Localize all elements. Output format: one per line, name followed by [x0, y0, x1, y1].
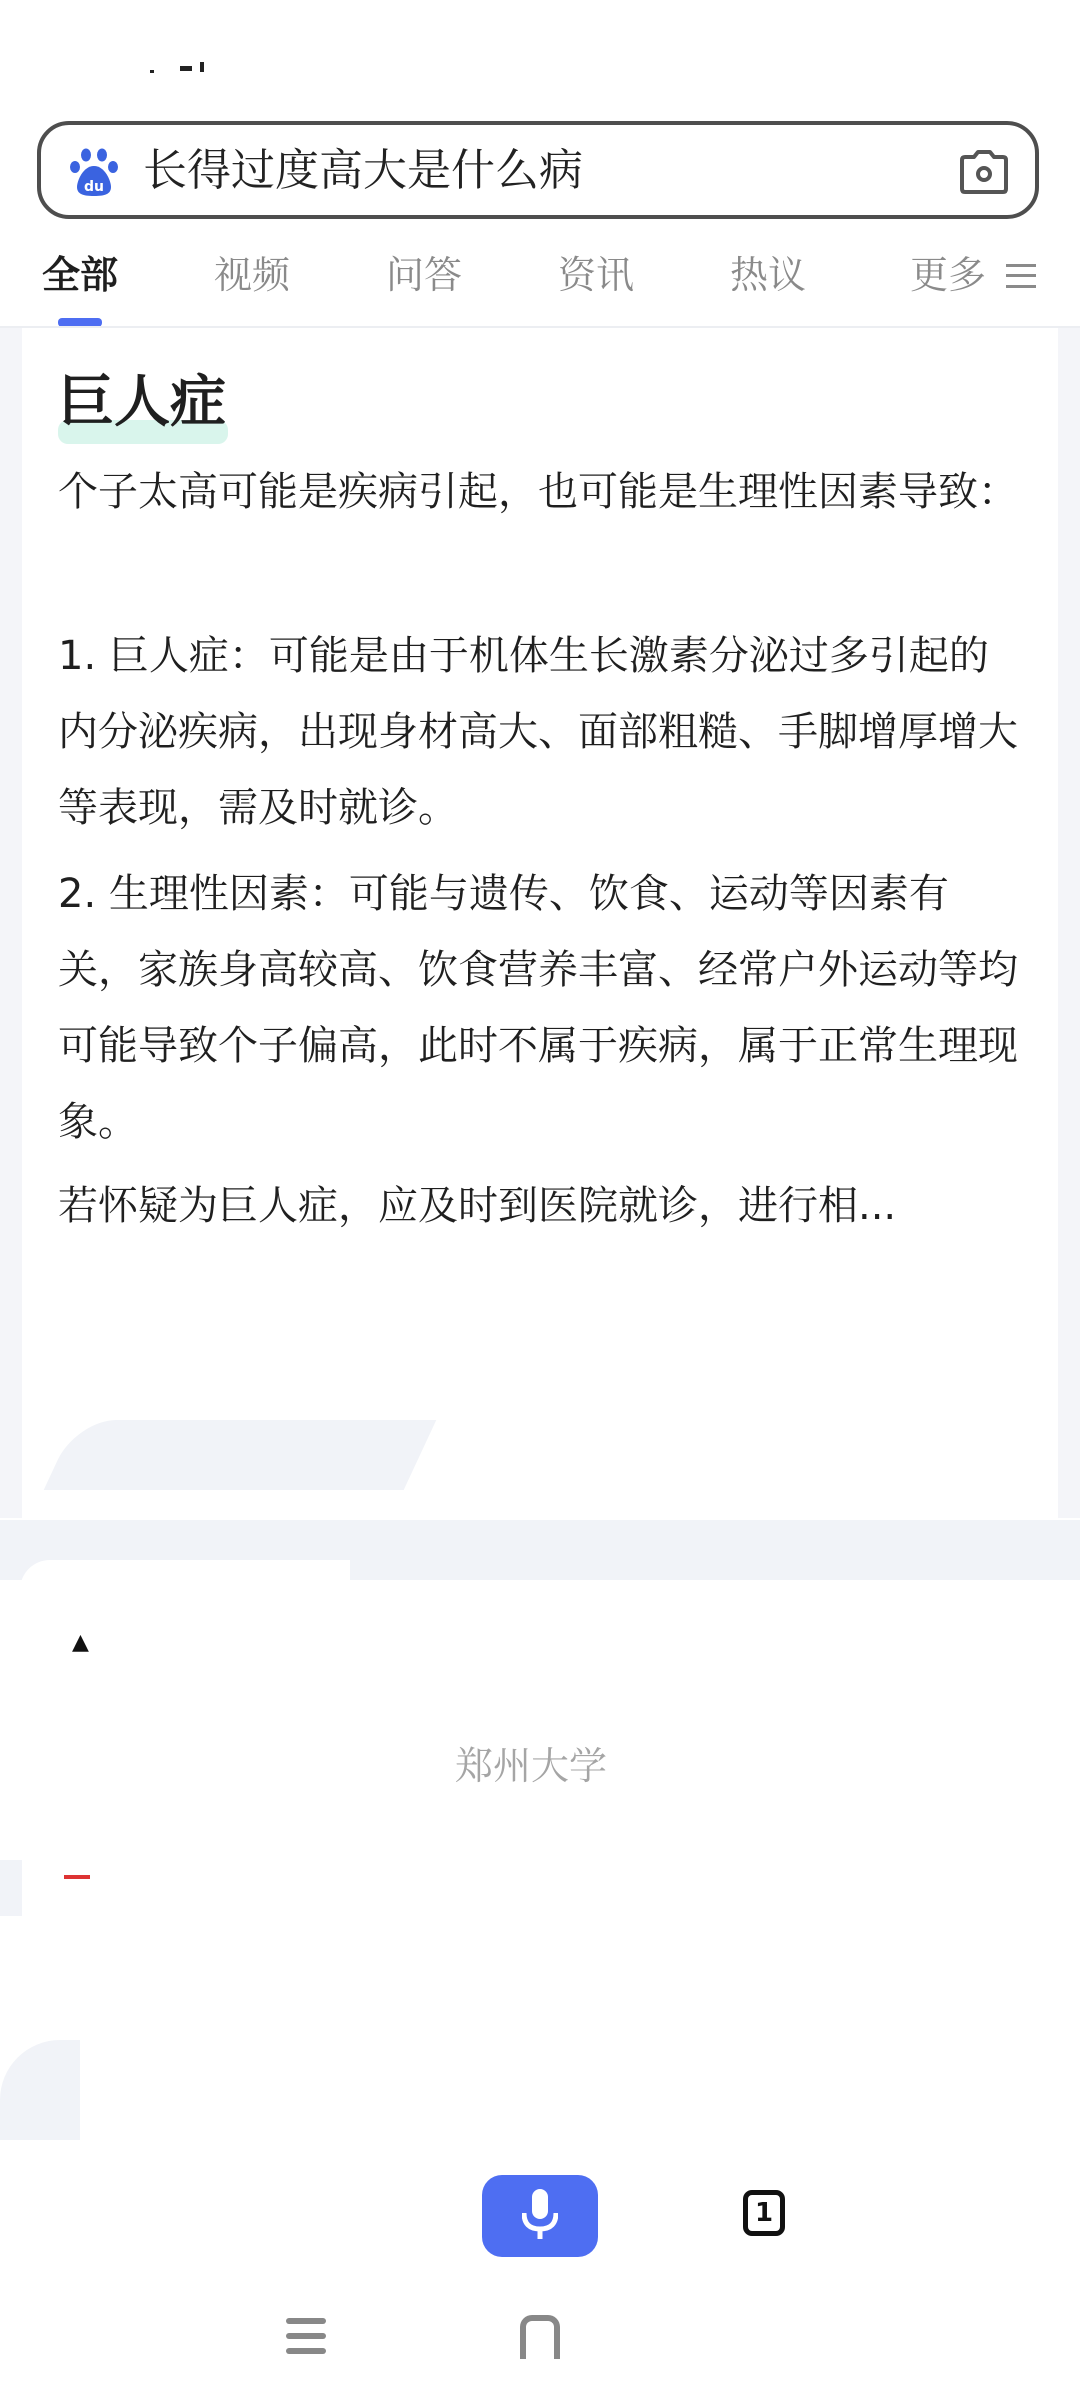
- tab-all[interactable]: 全部: [42, 250, 118, 300]
- page-background: [0, 2040, 80, 2140]
- status-bar: [0, 0, 1080, 110]
- answer-point-1: 1. 巨人症：可能是由于机体生长激素分泌过多引起的内分泌疾病，出现身材高大、面部…: [58, 618, 1018, 846]
- tab-qa[interactable]: 问答: [386, 250, 462, 300]
- tab-more-label: 更多: [910, 253, 986, 297]
- nav-home-icon[interactable]: [520, 2315, 560, 2359]
- tab-video[interactable]: 视频: [214, 250, 290, 300]
- search-input[interactable]: 长得过度高大是什么病: [143, 143, 583, 199]
- nav-menu-icon[interactable]: [286, 2318, 326, 2356]
- search-tabs: 全部 视频 问答 资讯 热议 更多: [0, 240, 1080, 326]
- baidu-paw-logo-icon: du: [69, 147, 119, 197]
- voice-search-button[interactable]: [482, 2175, 598, 2257]
- page-background: [0, 1860, 22, 1916]
- menu-lines-icon: [1006, 253, 1036, 303]
- red-mark-fragment: [64, 1875, 90, 1879]
- answer-intro: 个子太高可能是疾病引起，也可能是生理性因素导致：: [58, 454, 1018, 530]
- page-background: [0, 328, 22, 1518]
- card-corner: [20, 1560, 350, 1620]
- answer-title-wrap: 巨人症: [58, 368, 226, 438]
- tab-more[interactable]: 更多: [910, 250, 1036, 303]
- answer-conclusion[interactable]: 若怀疑为巨人症，应及时到医院就诊，进行相...: [58, 1168, 1018, 1244]
- redacted-area: [44, 1420, 437, 1490]
- microphone-icon: [522, 2189, 558, 2247]
- ai-answer-card: 巨人症 个子太高可能是疾病引起，也可能是生理性因素导致： 1. 巨人症：可能是由…: [22, 328, 1058, 1548]
- search-box[interactable]: du 长得过度高大是什么病: [37, 121, 1039, 219]
- tab-discussion[interactable]: 热议: [730, 250, 806, 300]
- tab-news[interactable]: 资讯: [558, 250, 634, 300]
- tab-count-button[interactable]: 1: [743, 2190, 785, 2236]
- answer-point-2: 2. 生理性因素：可能与遗传、饮食、运动等因素有关，家族身高较高、饮食营养丰富、…: [58, 856, 1018, 1160]
- page-background: [1058, 328, 1080, 1518]
- camera-icon[interactable]: [959, 149, 1009, 195]
- answer-title[interactable]: 巨人症: [58, 368, 226, 438]
- collapse-caret-icon[interactable]: ▲: [72, 1630, 89, 1655]
- svg-text:du: du: [84, 179, 104, 195]
- status-bar-fragment: [150, 62, 220, 74]
- source-fragment: 郑州大学: [455, 1735, 607, 1790]
